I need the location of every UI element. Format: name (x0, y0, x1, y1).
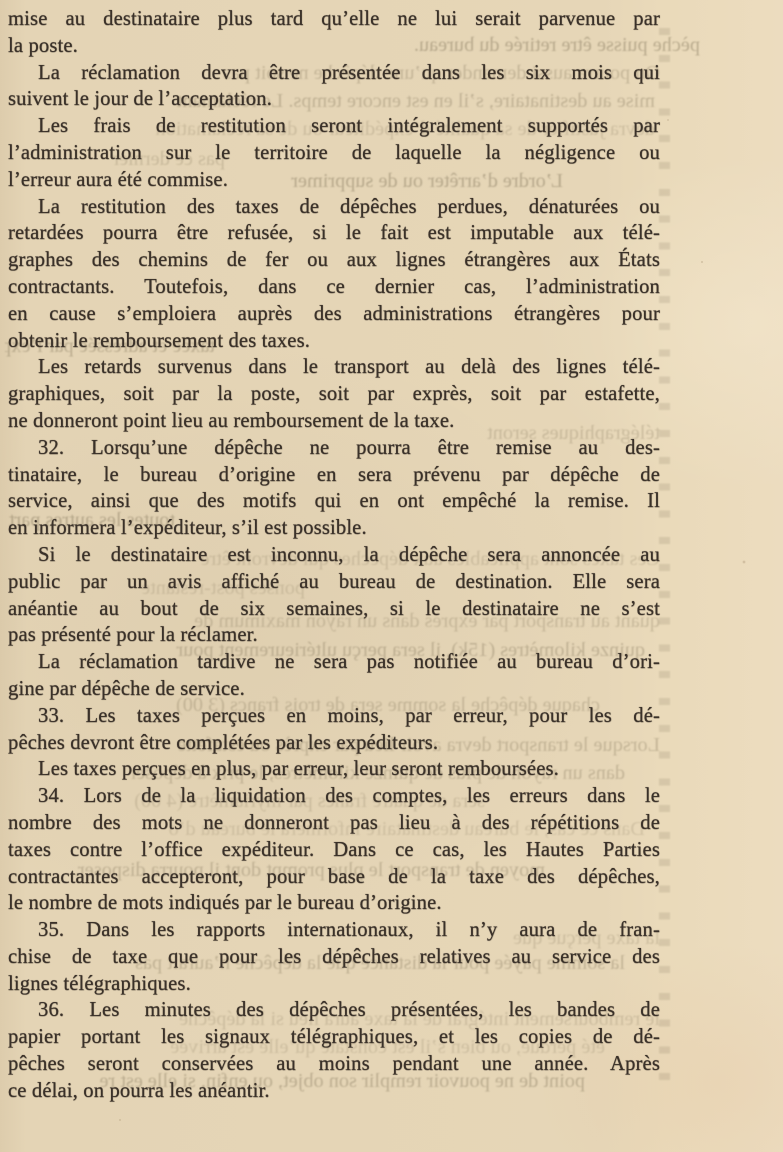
text-line: pêches seront conservées au moins pendan… (8, 1051, 660, 1078)
text-line: Les taxes perçues en plus, par erreur, l… (8, 756, 660, 783)
text-line: graphiques, soit par la poste, soit par … (8, 381, 660, 408)
text-line: tinataire, le bureau d’origine en sera p… (8, 462, 660, 489)
text-line: 32. Lorsqu’une dépêche ne pourra être re… (8, 435, 660, 462)
paragraph: La restitution des taxes de dépêches per… (8, 194, 660, 355)
text-line: Les retards survenus dans le transport a… (8, 354, 660, 381)
paragraph: 32. Lorsqu’une dépêche ne pourra être re… (8, 435, 660, 542)
paragraph: Si le destinataire est inconnu, la dépêc… (8, 542, 660, 649)
text-line: en informera l’expéditeur, s’il est poss… (8, 515, 660, 542)
text-line: taxes contre l’office expéditeur. Dans c… (8, 837, 660, 864)
bleedthrough-gutter-marks (659, 28, 670, 1086)
text-line: 33. Les taxes perçues en moins, par erre… (8, 703, 660, 730)
text-line: contractants. Toutefois, dans ce dernier… (8, 274, 660, 301)
text-line: ce délai, on pourra les anéantir. (8, 1078, 660, 1105)
paragraph: La réclamation tardive ne sera pas notif… (8, 649, 660, 703)
text-line: suivent le jour de l’acceptation. (8, 86, 660, 113)
text-line: La restitution des taxes de dépêches per… (8, 194, 660, 221)
text-line: La réclamation tardive ne sera pas notif… (8, 649, 660, 676)
text-line: mise au destinataire plus tard qu’elle n… (8, 6, 660, 33)
paragraph: 36. Les minutes des dépêches présentées,… (8, 997, 660, 1104)
paragraph: Les retards survenus dans le transport a… (8, 354, 660, 434)
text-line: en cause s’emploiera auprès des administ… (8, 301, 660, 328)
text-line: l’erreur aura été commise. (8, 167, 660, 194)
text-line: service, ainsi que des motifs qui en ont… (8, 488, 660, 515)
text-line: Si le destinataire est inconnu, la dépêc… (8, 542, 660, 569)
scanned-book-page: { "document": { "language": "fr", "kind"… (0, 0, 783, 1152)
text-line: l’administration sur le territoire de la… (8, 140, 660, 167)
text-block: mise au destinataire plus tard qu’elle n… (8, 6, 660, 1105)
text-line: 35. Dans les rapports internationaux, il… (8, 917, 660, 944)
text-line: nombre des mots ne donneront pas lieu à … (8, 810, 660, 837)
text-line: graphes des chemins de fer ou aux lignes… (8, 247, 660, 274)
paragraph: mise au destinataire plus tard qu’elle n… (8, 6, 660, 60)
text-line: lignes télégraphiques. (8, 971, 660, 998)
text-line: 36. Les minutes des dépêches présentées,… (8, 997, 660, 1024)
text-line: gine par dépêche de service. (8, 676, 660, 703)
text-line: retardées pourra être refusée, si le fai… (8, 220, 660, 247)
paragraph: 33. Les taxes perçues en moins, par erre… (8, 703, 660, 757)
paragraph: 34. Lors de la liquidation des comptes, … (8, 783, 660, 917)
text-line: papier portant les signaux télégraphique… (8, 1024, 660, 1051)
text-line: anéantie au bout de six semaines, si le … (8, 596, 660, 623)
text-line: ne donneront point lieu au remboursement… (8, 408, 660, 435)
paragraph: La réclamation devra être présentée dans… (8, 60, 660, 114)
text-line: pêches devront être complétées par les e… (8, 730, 660, 757)
page-number-fragment: ’’ ’ (348, 0, 396, 3)
text-line: Les frais de restitution seront intégral… (8, 113, 660, 140)
text-line: obtenir le remboursement des taxes. (8, 328, 660, 355)
text-line: public par un avis affiché au bureau de … (8, 569, 660, 596)
text-line: la poste. (8, 33, 660, 60)
paragraph: Les frais de restitution seront intégral… (8, 113, 660, 193)
text-line: La réclamation devra être présentée dans… (8, 60, 660, 87)
text-line: chise de taxe que pour les dépêches rela… (8, 944, 660, 971)
text-line: contractantes accepteront, pour base de … (8, 864, 660, 891)
text-line: 34. Lors de la liquidation des comptes, … (8, 783, 660, 810)
paragraph: 35. Dans les rapports internationaux, il… (8, 917, 660, 997)
text-line: le nombre de mots indiqués par le bureau… (8, 890, 660, 917)
text-line: pas présenté pour la réclamer. (8, 622, 660, 649)
paragraph: Les taxes perçues en plus, par erreur, l… (8, 756, 660, 783)
